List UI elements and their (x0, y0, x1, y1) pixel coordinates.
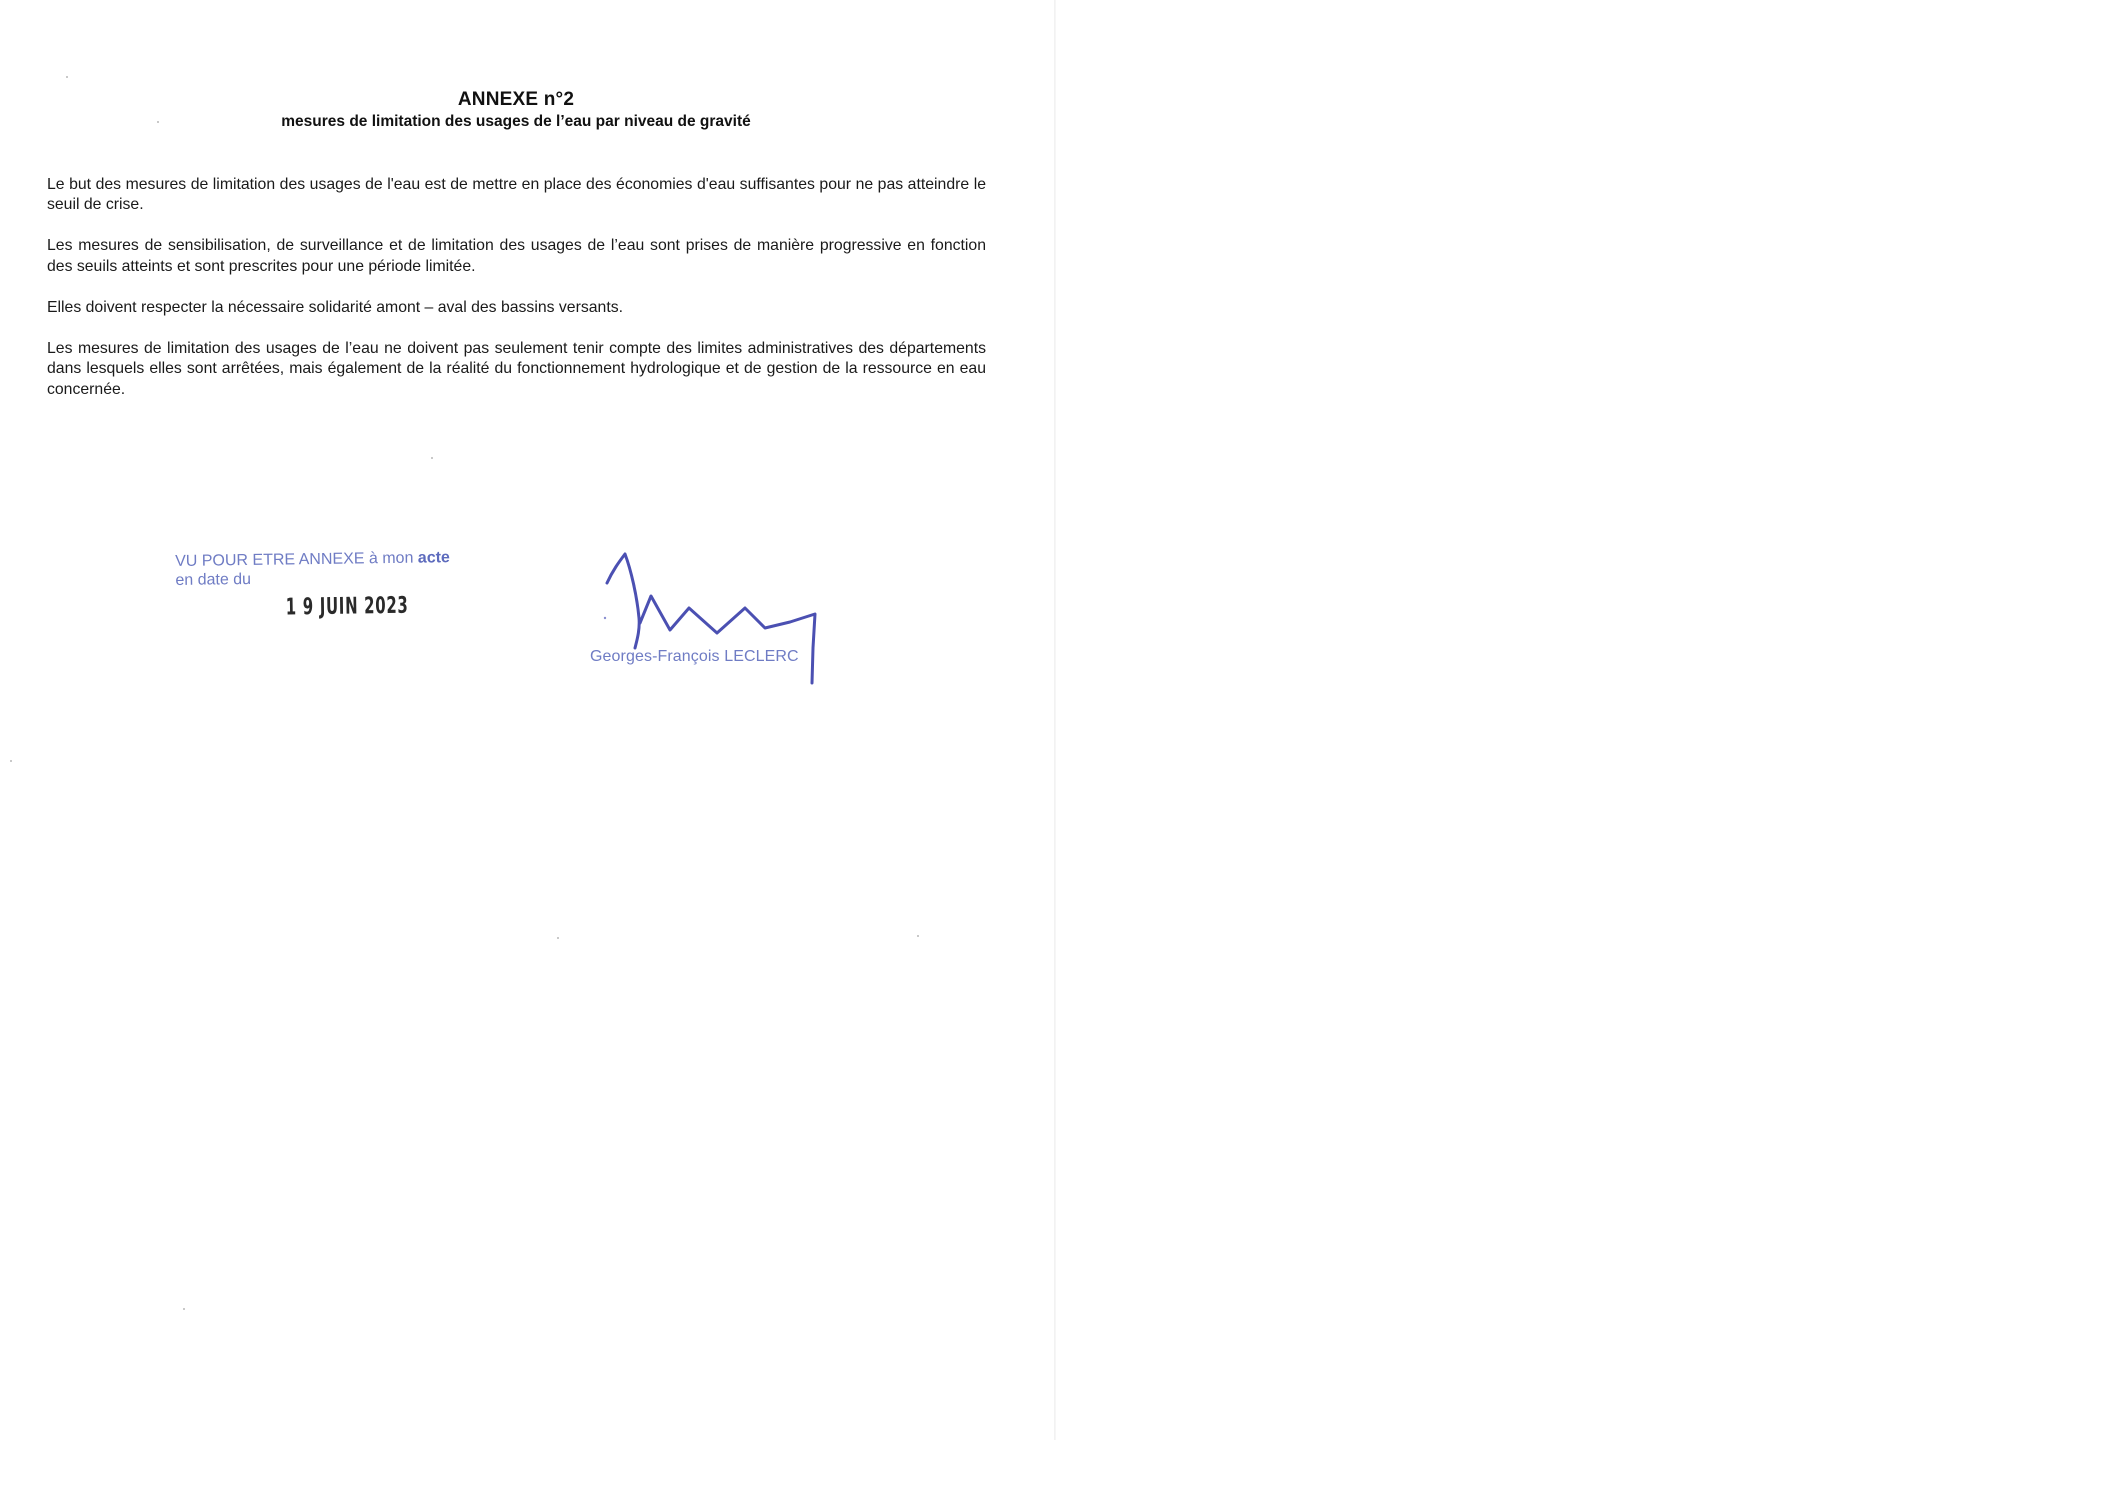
document-subtitle: mesures de limitation des usages de l’ea… (47, 112, 985, 132)
scan-speck (917, 935, 919, 937)
paragraph-purpose: Le but des mesures de limitation des usa… (47, 175, 986, 216)
approval-stamp: VU POUR ETRE ANNEXE à mon acte en date d… (175, 547, 506, 622)
scan-speck (557, 937, 559, 939)
document-page: ANNEXE n°2 mesures de limitation des usa… (0, 0, 1054, 1495)
stamp-date: 1 9 JUIN 2023 (286, 592, 445, 620)
paragraph-progressive-measures: Les mesures de sensibilisation, de surve… (47, 236, 986, 277)
scan-speck (183, 1308, 185, 1310)
document-title: ANNEXE n°2 (47, 88, 985, 112)
document-header: ANNEXE n°2 mesures de limitation des usa… (47, 88, 985, 132)
signer-name: Georges-François LECLERC (590, 648, 799, 666)
stamp-text-bold: acte (418, 549, 450, 566)
document-body: Le but des mesures de limitation des usa… (47, 175, 986, 421)
signature-block: Georges-François LECLERC (585, 548, 845, 688)
stamp-line-2: en date du (175, 566, 505, 590)
scan-speck (10, 760, 12, 762)
scan-speck (157, 121, 159, 123)
paragraph-administrative-limits: Les mesures de limitation des usages de … (47, 339, 986, 400)
signature-icon (585, 548, 845, 688)
scan-speck (66, 76, 68, 78)
scan-speck (431, 457, 433, 459)
blank-page (1056, 0, 2116, 1495)
stamp-text: VU POUR ETRE ANNEXE à mon (175, 550, 414, 570)
paragraph-solidarity: Elles doivent respecter la nécessaire so… (47, 298, 986, 318)
